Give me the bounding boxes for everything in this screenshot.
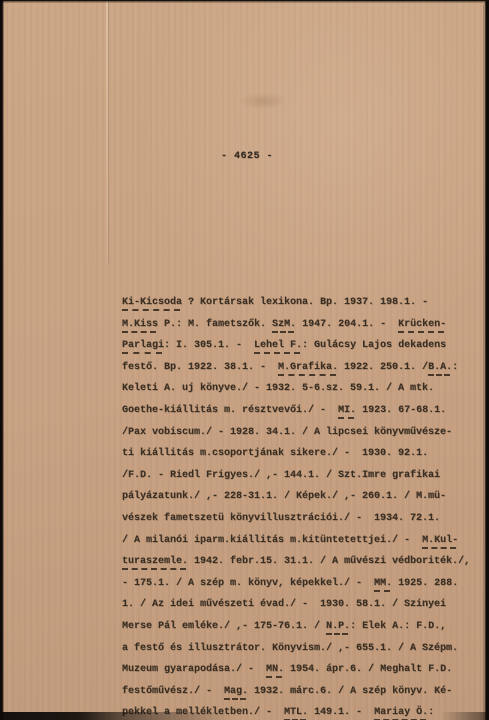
text-segment: 1. / Az idei művészeti évad./ - 1930. 58… — [122, 599, 446, 610]
scan-edge-right — [483, 0, 489, 720]
text-segment: festő. Bp. 1922. 38.1. - — [122, 362, 278, 373]
text-segment: 1922. 250.1. / — [338, 362, 428, 373]
underlined-text: Krücken- — [398, 319, 446, 330]
underlined-text: Parlagi — [122, 340, 164, 351]
text-line: ti kiállitás m.csoportjának sikere./ - 1… — [122, 443, 482, 465]
text-segment: 1947. 204.1. - — [296, 319, 398, 330]
underlined-text: turaszemle. — [122, 556, 188, 567]
text-segment: / A milanói iparm.kiállitás m.kitüntetet… — [122, 535, 422, 546]
text-segment: 1942. febr.15. 31.1. / A művészi védbori… — [188, 556, 470, 567]
underlined-text: B.A. — [428, 362, 452, 373]
scan-edge-left — [0, 0, 4, 720]
text-line: festőművész./ - Mag. 1932. márc.6. / A s… — [122, 681, 482, 703]
text-segment: Muzeum gyarapodása./ - — [122, 664, 266, 675]
text-line: - 175.1. / A szép m. könyv, képekkel./ -… — [122, 573, 482, 595]
text-segment: 1923. 67-68.1. — [356, 405, 446, 416]
underlined-text: Ki-Kicsoda — [122, 297, 182, 308]
text-line: Muzeum gyarapodása./ - MN. 1954. ápr.6. … — [122, 659, 482, 681]
text-segment: a festő és illusztrátor. Könyvism./ ,- 6… — [122, 643, 458, 654]
text-line: Merse Pál emléke./ ,- 175-76.1. / N.P.: … — [122, 616, 482, 638]
text-segment: P.: M. fametszők. — [158, 319, 272, 330]
scan-edge-top — [0, 0, 489, 3]
underlined-text: MM. — [374, 578, 392, 589]
text-segment: : Gulácsy Lajos dekadens — [302, 340, 446, 351]
text-segment: Merse Pál emléke./ ,- 175-76.1. / — [122, 621, 326, 632]
scan-edge-bottom — [0, 712, 489, 720]
text-line: Parlagi: I. 305.1. - Lehel F.: Gulácsy L… — [122, 335, 482, 357]
bibliography-text-block: Ki-Kicsoda ? Kortársak lexikona. Bp. 193… — [122, 292, 482, 720]
text-line: vészek fametszetü könyvillusztrációi./ -… — [122, 508, 482, 530]
text-line: 1. / Az idei művészeti évad./ - 1930. 58… — [122, 594, 482, 616]
text-line: / A milanói iparm.kiállitás m.kitüntetet… — [122, 530, 482, 552]
text-line: Keleti A. uj könyve./ - 1932. 5-6.sz. 59… — [122, 378, 482, 400]
text-segment: /Pax vobiscum./ - 1928. 34.1. / A lipcse… — [122, 427, 452, 438]
text-line: a festő és illusztrátor. Könyvism./ ,- 6… — [122, 638, 482, 660]
text-segment: ti kiállitás m.csoportjának sikere./ - 1… — [122, 448, 428, 459]
text-segment: 1954. ápr.6. / Meghalt F.D. — [284, 664, 452, 675]
underlined-text: MI. — [338, 405, 356, 416]
underlined-text: M.Grafika. — [278, 362, 338, 373]
text-segment: 1932. márc.6. / A szép könyv. Ké- — [248, 686, 452, 697]
underlined-text: M.Kiss — [122, 319, 158, 330]
paper-crease — [106, 0, 108, 265]
text-segment: ? Kortársak lexikona. Bp. 1937. 198.1. - — [182, 297, 428, 308]
text-segment: - 175.1. / A szép m. könyv, képekkel./ - — [122, 578, 374, 589]
text-segment: Goethe-kiállitás m. résztvevői./ - — [122, 405, 338, 416]
text-segment: : — [452, 362, 458, 373]
text-segment: /F.D. - Riedl Frigyes./ ,- 144.1. / Szt.… — [122, 470, 440, 481]
text-segment: vészek fametszetü könyvillusztrációi./ -… — [122, 513, 440, 524]
text-line: pályázatunk./ ,- 228-31.1. / Képek./ ,- … — [122, 486, 482, 508]
text-segment: : Elek A.: F.D., — [350, 621, 446, 632]
scanned-page: - 4625 - Ki-Kicsoda ? Kortársak lexikona… — [0, 0, 489, 720]
text-line: /Pax vobiscum./ - 1928. 34.1. / A lipcse… — [122, 422, 482, 444]
text-line: turaszemle. 1942. febr.15. 31.1. / A műv… — [122, 551, 482, 573]
text-line: M.Kiss P.: M. fametszők. SzM. 1947. 204.… — [122, 314, 482, 336]
text-segment: Keleti A. uj könyve./ - 1932. 5-6.sz. 59… — [122, 383, 434, 394]
text-line: Goethe-kiállitás m. résztvevői./ - MI. 1… — [122, 400, 482, 422]
text-segment: festőművész./ - — [122, 686, 224, 697]
underlined-text: Mag. — [224, 686, 248, 697]
page-number: - 4625 - — [221, 151, 273, 162]
underlined-text: N.P. — [326, 621, 350, 632]
underlined-text: M.Kul- — [422, 535, 458, 546]
text-line: festő. Bp. 1922. 38.1. - M.Grafika. 1922… — [122, 357, 482, 379]
text-segment: : I. 305.1. - — [164, 340, 254, 351]
text-segment: 1925. 288. — [392, 578, 458, 589]
text-line: /F.D. - Riedl Frigyes./ ,- 144.1. / Szt.… — [122, 465, 482, 487]
text-segment: pályázatunk./ ,- 228-31.1. / Képek./ ,- … — [122, 491, 446, 502]
text-line: Ki-Kicsoda ? Kortársak lexikona. Bp. 193… — [122, 292, 482, 314]
underlined-text: Lehel F. — [254, 340, 302, 351]
underlined-text: SzM. — [272, 319, 296, 330]
underlined-text: MN. — [266, 664, 284, 675]
